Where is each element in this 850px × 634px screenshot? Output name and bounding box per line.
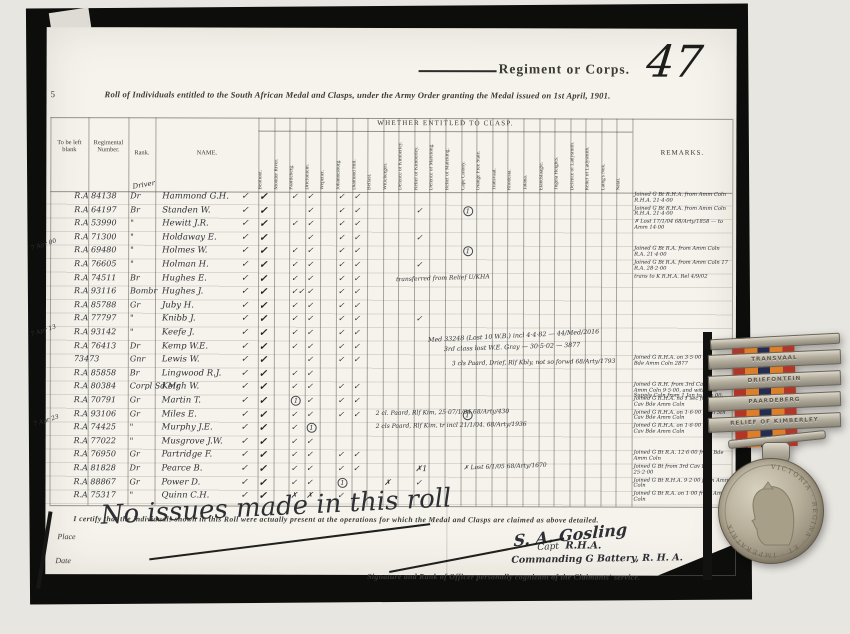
- header-to-be-left-blank: To be left blank: [50, 139, 88, 153]
- paper-fold-line: [446, 505, 447, 575]
- clasp-header-6: Johannesburg.: [336, 132, 352, 190]
- clasp-mark: ✓: [338, 205, 345, 214]
- page-margin-number: 5: [51, 89, 56, 99]
- clasp-mark: ✓: [291, 219, 298, 228]
- clasp-mark: ✓: [354, 219, 361, 228]
- entitled-tick: ✓: [241, 273, 249, 283]
- clasp-mark: ✓: [338, 233, 345, 242]
- entitled-tick: ✓: [241, 368, 249, 378]
- clasp-mark: ✓: [353, 450, 360, 459]
- name: Hammond G.H.: [162, 191, 229, 201]
- entitled-tick: ✓: [241, 355, 249, 365]
- regimental-number: R.A 76605: [74, 259, 116, 268]
- clasp-header-8: Belfast.: [367, 132, 383, 190]
- rank: Br: [130, 273, 140, 282]
- verification-tick: ✓: [259, 396, 267, 407]
- clasp-mark: ✓: [338, 287, 345, 296]
- clasp-mark: ✓: [338, 382, 345, 391]
- clasp-mark: 1: [463, 206, 473, 216]
- clasp-header-18: Talana.: [523, 132, 539, 190]
- clasp-header-24: Natal.: [617, 133, 633, 191]
- name: Kemp W.E.: [162, 341, 208, 351]
- clasp-mark: ✓: [338, 219, 345, 228]
- rank: Bombr: [130, 287, 157, 296]
- regimental-number: R.A 64197: [74, 205, 116, 214]
- rank: Br: [130, 368, 140, 377]
- clasp-mark: ✓: [307, 192, 314, 201]
- rank: ": [130, 423, 134, 432]
- regimental-number: R.A 74511: [74, 273, 116, 282]
- name: Power D.: [162, 477, 201, 487]
- rank: ": [130, 246, 134, 255]
- name: Standen W.: [162, 205, 210, 215]
- clasp-mark: ✓: [291, 437, 298, 446]
- clasp-header-10: Defence of Kimberley.: [399, 132, 415, 190]
- clasp-header-21: Defence of Ladysmith.: [570, 132, 586, 190]
- regimental-number: R.A 93142: [74, 327, 116, 336]
- regimental-number: R.A 80384: [74, 382, 116, 391]
- clasp-mark: ✓: [337, 450, 344, 459]
- regimental-number: R.A 74425: [74, 422, 116, 431]
- clasp-mark: ✓: [416, 233, 423, 242]
- verification-tick: ✓: [259, 450, 267, 461]
- table-rows: R.A 84138Dr✓Hammond G.H.✓✓✓✓✓Joined G Bt…: [45, 191, 732, 506]
- clasp-mark: ✓: [353, 396, 360, 405]
- verification-tick: ✓: [259, 328, 267, 339]
- remark: Joined G Bt R.H.A. from Amm Coln R.H.A. …: [634, 206, 731, 217]
- medal-roll-document: 5 Roll of Individuals entitled to the So…: [45, 27, 736, 576]
- clasp-mark: ✓: [338, 341, 345, 350]
- name: Holmes W.: [162, 246, 207, 256]
- entitled-tick: ✓: [241, 396, 249, 406]
- clasp-mark: ✓: [307, 314, 314, 323]
- clasp-transvaal: TRANSVAAL: [708, 349, 842, 370]
- name: Holman H.: [162, 259, 209, 269]
- entitled-tick: ✓: [241, 287, 249, 297]
- date-label: Date: [55, 556, 71, 565]
- rank: Br: [130, 205, 140, 214]
- regiment-number-47: 47: [644, 37, 705, 88]
- name: Murphy J.E.: [162, 423, 213, 433]
- name: Keigh W.: [162, 382, 199, 392]
- name: Knibb J.: [162, 314, 196, 324]
- clasp-mark: ✓: [354, 273, 361, 282]
- regimental-number: R.A 75317: [73, 490, 115, 499]
- regimental-number: R.A 84138: [74, 191, 116, 200]
- clasp-mark: ✓: [338, 192, 345, 201]
- clasp-mark: ✓: [353, 341, 360, 350]
- clasp-header-13: Relief of Mafeking.: [445, 132, 461, 190]
- header-name: NAME.: [155, 149, 258, 156]
- driver-note: Driver: [132, 176, 173, 191]
- verification-tick: ✓: [259, 436, 267, 447]
- rank: Dr: [130, 191, 140, 200]
- clasp-mark: ✓: [307, 246, 314, 255]
- verification-tick: ✓: [259, 409, 267, 420]
- verification-tick: ✓: [259, 423, 267, 434]
- clasp-header-12: Defence of Mafeking.: [430, 132, 446, 190]
- photo-of-medal-roll: 5 Roll of Individuals entitled to the So…: [0, 0, 850, 634]
- clasp-mark: ✓: [291, 273, 298, 282]
- remark: ✗ Lost 17/1/04 68/Arty/1858 — to Amm 14·…: [634, 220, 731, 231]
- clasp-mark: ✓✓: [291, 287, 304, 296]
- verification-tick: ✓: [259, 382, 267, 393]
- clasp-mark: 1: [291, 396, 301, 406]
- clasp-mark: ✓: [353, 409, 360, 418]
- header-regimental-number: Regimental Number.: [88, 139, 128, 153]
- clasp-header-15: Orange Free State.: [476, 132, 492, 190]
- entitled-tick: ✓: [241, 205, 249, 215]
- roll-title: Roll of Individuals entitled to the Sout…: [105, 89, 705, 101]
- clasp-header-9: Wittebergen.: [383, 132, 399, 190]
- verification-tick: ✓: [259, 205, 267, 216]
- verification-tick: ✓: [259, 477, 267, 488]
- rank: Dr: [130, 341, 140, 350]
- rank: Gnr: [130, 355, 145, 364]
- regimental-number: R.A 76950: [74, 450, 116, 459]
- rank: Gr: [130, 300, 140, 309]
- clasp-mark: ✓: [416, 314, 423, 323]
- entitled-tick: ✓: [241, 409, 249, 419]
- clasp-mark: ✓: [307, 233, 314, 242]
- rank: Gr: [130, 450, 140, 459]
- clasp-mark: ✓: [354, 287, 361, 296]
- verification-tick: ✓: [259, 260, 267, 271]
- verification-tick: ✓: [259, 341, 267, 352]
- entitled-tick: ✓: [241, 436, 249, 446]
- entitled-tick: ✓: [241, 300, 249, 310]
- pen-stroke: [149, 523, 430, 560]
- clasp-mark: ✓: [291, 382, 298, 391]
- officer-role: Commanding G Battery, R. H. A.: [511, 552, 683, 566]
- entitled-tick: ✓: [241, 464, 249, 474]
- clasp-paardeberg: PAARDEBERG: [708, 391, 842, 412]
- clasp-mark: ✓: [306, 450, 313, 459]
- queens-south-africa-medal: TRANSVAALDRIEFONTEINPAARDEBERGRELIEF OF …: [700, 330, 850, 580]
- entitled-tick: ✓: [241, 382, 249, 392]
- rank: Gr: [130, 395, 140, 404]
- clasp-mark: ✓: [338, 273, 345, 282]
- clasp-mark: ✓: [291, 314, 298, 323]
- clasp-mark: ✓: [353, 355, 360, 364]
- regimental-number: R.A 85858: [74, 368, 116, 377]
- clasp-mark: ✓: [354, 246, 361, 255]
- clasp-mark: ✓: [307, 219, 314, 228]
- name: Hughes E.: [162, 273, 207, 283]
- queen-victoria-bust: [752, 487, 794, 545]
- entitled-tick: ✓: [241, 328, 249, 338]
- clasp-header-5: Wepener.: [321, 132, 337, 190]
- clasp-mark: ✓: [338, 396, 345, 405]
- header-rank: Rank.: [128, 149, 155, 156]
- clasp-mark: ✓: [353, 301, 360, 310]
- medal-disc: VICTORIA · REGINA · ET · IMPERATRIX: [718, 458, 824, 564]
- clasp-mark: ✓: [353, 328, 360, 337]
- header-remarks: REMARKS.: [632, 149, 732, 157]
- clasp-header-17: Rhodesia.: [508, 132, 524, 190]
- remark: Joined G Bt R.A. from Amm Coln R.A. 21·4…: [634, 247, 731, 258]
- clasp-header-23: Laing's Nek.: [601, 133, 617, 191]
- regimental-number: R.A 85788: [74, 300, 116, 309]
- signature-caption: Signature and Rank of Officer personally…: [367, 572, 640, 582]
- rank: Dr: [130, 463, 140, 472]
- entitled-tick: ✓: [241, 314, 249, 324]
- clasp-header-3: Paardeberg.: [289, 132, 305, 190]
- clasp-mark: ✓: [353, 382, 360, 391]
- name: Hughes J.: [162, 287, 203, 297]
- regimental-number: R.A 77797: [74, 314, 116, 323]
- regimental-number: R.A 71300: [74, 232, 116, 241]
- verification-tick: ✓: [259, 300, 267, 311]
- clasp-mark: ✓: [291, 477, 298, 486]
- regimental-number: R.A 53990: [74, 218, 116, 227]
- clasp-mark: ✓: [307, 355, 314, 364]
- clasp-mark: ✓: [307, 382, 314, 391]
- clasp-header-19: Elandslaagte.: [539, 132, 555, 190]
- clasp-mark: ✓: [291, 341, 298, 350]
- rank: Gr: [130, 477, 140, 486]
- regimental-number: R.A 81828: [74, 463, 116, 472]
- clasp-mark: ✓: [291, 423, 298, 432]
- clasp-header-11: Relief of Kimberley.: [414, 132, 430, 190]
- rank: ": [130, 259, 134, 268]
- rank: ": [130, 314, 134, 323]
- clasp-mark: ✓: [291, 192, 298, 201]
- regimental-number: R.A 88867: [74, 477, 116, 486]
- verification-tick: ✓: [259, 368, 267, 379]
- remark: trans to K R.H.A. Rel 4/9/02: [634, 274, 731, 280]
- name: Holdaway E.: [162, 232, 217, 242]
- entitled-tick: ✓: [241, 192, 249, 202]
- place-label: Place: [57, 532, 75, 541]
- clasp-mark: ✓: [307, 369, 314, 378]
- remark: Joined G Bt R.H.A. from Amm Coln R.H.A. …: [634, 193, 731, 204]
- regimental-number: R.A 69480: [74, 246, 116, 255]
- clasp-header-22: Relief of Ladysmith.: [586, 133, 602, 191]
- crown-icon: [763, 482, 773, 489]
- clasp-mark: ✓: [291, 450, 298, 459]
- clasp-mark: ✓: [291, 301, 298, 310]
- verification-tick: ✓: [259, 464, 267, 475]
- entitled-tick: ✓: [241, 219, 249, 229]
- verification-tick: ✓: [259, 287, 267, 298]
- verification-tick: ✓: [259, 219, 267, 230]
- regimental-number: R.A 70791: [74, 395, 116, 404]
- name: Keefe J.: [162, 327, 195, 337]
- clasp-header-7: Diamond Hill.: [352, 132, 368, 190]
- clasp-header-20: Tugela Heights.: [554, 132, 570, 190]
- clasp-mark: ✓: [306, 464, 313, 473]
- clasp-header-16: Transvaal.: [492, 132, 508, 190]
- clasp-mark: ✓: [291, 246, 298, 255]
- regiment-underline: [419, 70, 497, 72]
- clasp-mark: ✓: [306, 396, 313, 405]
- verification-tick: ✓: [259, 246, 267, 257]
- clasp-driefontein: DRIEFONTEIN: [708, 370, 842, 391]
- verification-tick: ✓: [259, 314, 267, 325]
- officer-corps: R.H.A.: [565, 540, 601, 551]
- name: Musgrove J.W.: [162, 436, 223, 446]
- clasp-mark: ✓: [338, 409, 345, 418]
- rank: Gr: [130, 409, 140, 418]
- verification-tick: ✓: [259, 232, 267, 243]
- clasp-mark: ✓: [307, 205, 314, 214]
- clasp-mark: ✓: [291, 464, 298, 473]
- clasp-mark: ✓: [338, 355, 345, 364]
- remark: Joined G Bt R.A. from Amm Coln 17 R.A. 2…: [634, 261, 731, 272]
- name: Partridge F.: [162, 450, 213, 460]
- clasp-mark: ✓: [338, 328, 345, 337]
- entitled-tick: ✓: [241, 232, 249, 242]
- clasp-mark: ✓: [338, 314, 345, 323]
- clasp-mark: ✓: [338, 246, 345, 255]
- name: Hewitt J.R.: [162, 219, 209, 229]
- clasp-mark: 1: [306, 423, 316, 433]
- regimental-number: 73473: [74, 354, 99, 363]
- clasp-mark: ✓: [337, 464, 344, 473]
- name: Juby H.: [162, 300, 194, 310]
- rank: ": [130, 232, 134, 241]
- clasp-mark: ✓: [307, 328, 314, 337]
- clasp-mark: ✓: [306, 409, 313, 418]
- name: Miles E.: [162, 409, 197, 419]
- clasp-mark: ✓: [306, 437, 313, 446]
- name: Martin T.: [162, 395, 201, 405]
- clasp-mark: ✓: [354, 233, 361, 242]
- clasp-header-4: Driefontein.: [305, 132, 321, 190]
- regimental-number: R.A 93116: [74, 286, 116, 295]
- clasp-mark: ✓: [307, 341, 314, 350]
- rank: ": [130, 327, 134, 336]
- name: Lewis W.: [162, 355, 200, 365]
- entitled-tick: ✓: [241, 246, 249, 256]
- medal-face: VICTORIA · REGINA · ET · IMPERATRIX: [719, 459, 823, 563]
- clasp-mark: ✓: [307, 301, 314, 310]
- entitled-tick: ✓: [241, 450, 249, 460]
- regimental-number: R.A 93106: [74, 409, 116, 418]
- clasp-mark: ✓: [291, 328, 298, 337]
- entitled-tick: ✓: [241, 260, 249, 270]
- clasp-mark: ✓: [291, 260, 298, 269]
- clasp-mark: ✓: [338, 301, 345, 310]
- entitled-tick: ✓: [241, 423, 249, 433]
- clasp-mark: 1: [337, 477, 347, 487]
- entitled-tick: ✓: [241, 477, 249, 487]
- clasp-mark: ✓: [416, 206, 423, 215]
- clasp-mark: ✗: [384, 478, 391, 487]
- clasp-mark: ✓: [416, 260, 423, 269]
- regimental-number: R.A 76413: [74, 341, 116, 350]
- verification-tick: ✓: [259, 355, 267, 366]
- clasp-header-14: Cape Colony.: [461, 132, 477, 190]
- name: Pearce B.: [162, 463, 203, 473]
- regimental-number: R.A 77022: [74, 436, 116, 445]
- verification-tick: ✓: [259, 192, 267, 203]
- rank: ": [130, 219, 134, 228]
- name: Lingwood R.J.: [162, 368, 222, 378]
- clasp-mark: ✓: [353, 314, 360, 323]
- clasp-mark: ✓: [354, 205, 361, 214]
- clasp-header-1: Belmont.: [258, 132, 274, 190]
- regiment-or-corps-label: Regiment or Corps.: [499, 61, 630, 77]
- clasp-mark: ✓: [306, 477, 313, 486]
- clasp-mark: ✓: [307, 273, 314, 282]
- verification-tick: ✓: [259, 273, 267, 284]
- clasp-mark: ✓: [307, 287, 314, 296]
- clasp-mark: ✓: [291, 409, 298, 418]
- clasp-mark: ✓: [338, 260, 345, 269]
- clasp-mark: ✗1: [415, 464, 427, 473]
- clasp-mark: ✓: [354, 192, 361, 201]
- clasp-mark: ✓: [307, 260, 314, 269]
- clasp-mark: ✓: [354, 260, 361, 269]
- entitled-tick: ✓: [241, 341, 249, 351]
- clasp-mark: ✓: [291, 369, 298, 378]
- clasp-header-2: Modder River.: [274, 132, 290, 190]
- clasp-mark: ✓: [353, 464, 360, 473]
- rank: ": [130, 436, 134, 445]
- clasp-mark: 1: [463, 247, 473, 257]
